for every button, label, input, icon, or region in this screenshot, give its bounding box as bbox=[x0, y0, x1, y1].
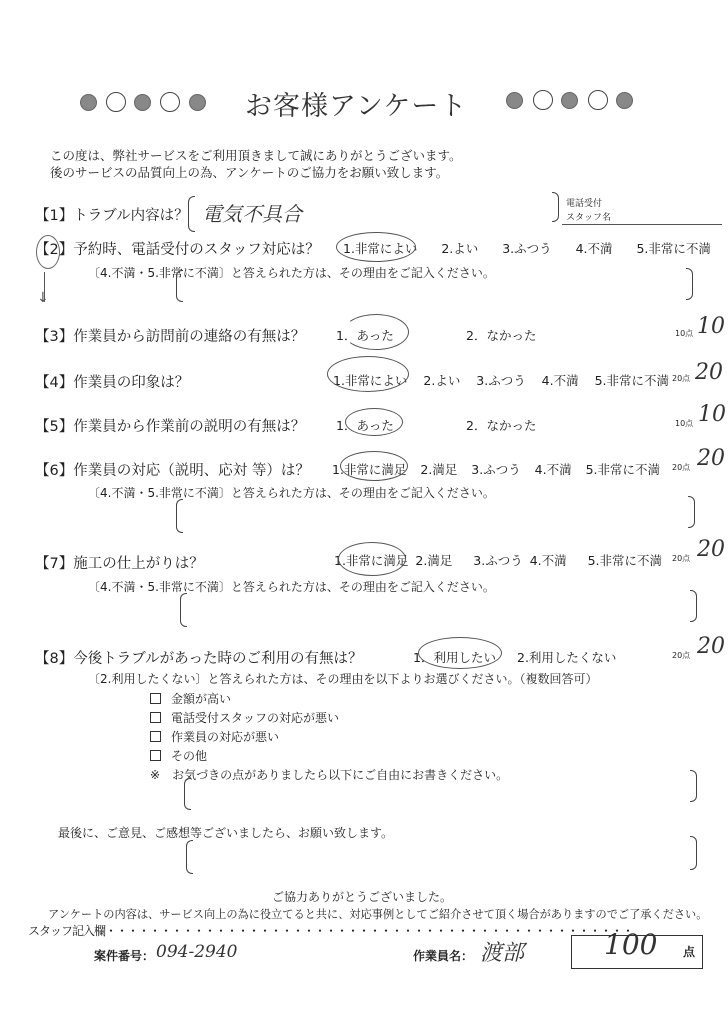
bracket bbox=[184, 778, 191, 810]
phone-staff-label-1: 電話受付 bbox=[566, 196, 602, 209]
notice-text: アンケートの内容は、サービス向上の為に役立てると共に、対応事例としてご紹介させて… bbox=[48, 906, 707, 922]
score-q7[interactable]: 20 bbox=[697, 537, 725, 562]
question-text: 作業員から訪問前の連絡の有無は？ bbox=[73, 329, 305, 345]
bracket bbox=[690, 770, 697, 802]
checkbox-expensive[interactable]: 金額が高い bbox=[150, 690, 231, 707]
checkbox-other[interactable]: その他 bbox=[150, 747, 207, 764]
bracket bbox=[686, 268, 693, 300]
option-2[interactable]: 2.満足 bbox=[420, 462, 457, 477]
option-2[interactable]: 2.よい bbox=[423, 373, 460, 388]
option-2[interactable]: 2.よい bbox=[441, 241, 478, 256]
bracket bbox=[176, 499, 183, 533]
q8-option-2[interactable]: 2.利用したくない bbox=[517, 648, 616, 666]
checkbox-icon[interactable] bbox=[150, 731, 161, 742]
checkbox-icon[interactable] bbox=[150, 693, 161, 704]
option-5[interactable]: 5.非常に不満 bbox=[636, 241, 710, 256]
question-number: 【5】 bbox=[35, 419, 73, 435]
option-4[interactable]: 4.不満 bbox=[530, 553, 567, 568]
question-text: 作業員から作業前の説明の有無は？ bbox=[73, 419, 305, 435]
bracket bbox=[688, 496, 695, 528]
score-q8[interactable]: 20 bbox=[697, 634, 725, 659]
option-5[interactable]: 5.非常に不満 bbox=[595, 373, 669, 388]
score-q3[interactable]: 10 bbox=[697, 314, 725, 339]
option-3[interactable]: 3.ふつう bbox=[476, 373, 525, 388]
q7-reason-field[interactable] bbox=[190, 594, 685, 622]
bracket bbox=[188, 196, 195, 232]
dot-open bbox=[533, 90, 553, 110]
staff-section-label: スタッフ記入欄・・・・・・・・・・・・・・・・・・・・・・・・・・・・・・・・・… bbox=[28, 922, 633, 939]
question-text: 今後トラブルがあった時のご利用の有無は？ bbox=[73, 651, 362, 667]
dot-filled bbox=[134, 94, 151, 111]
checkbox-label: 電話受付スタッフの対応が悪い bbox=[171, 711, 339, 725]
checkbox-label: 金額が高い bbox=[171, 692, 231, 706]
checkbox-label: 作業員の対応が悪い bbox=[171, 730, 279, 744]
phone-staff-label-2: スタッフ名 bbox=[566, 210, 611, 223]
question-number: 【6】 bbox=[35, 463, 73, 479]
q6-reason-field[interactable] bbox=[186, 500, 681, 528]
bracket bbox=[690, 836, 697, 870]
total-score-value[interactable]: 100 bbox=[604, 928, 657, 961]
question-4: 【4】作業員の印象は？ bbox=[35, 371, 189, 392]
phone-staff-name-field[interactable] bbox=[562, 224, 722, 225]
selection-circle bbox=[340, 451, 408, 481]
question-text: 予約時、電話受付のスタッフ対応は？ bbox=[73, 242, 320, 258]
selection-circle bbox=[327, 356, 409, 392]
bracket bbox=[176, 270, 183, 302]
intro-line-1: この度は、弊社サービスをご利用頂きまして誠にありがとうございます。 bbox=[50, 146, 462, 164]
worker-name-label: 作業員名： bbox=[413, 947, 473, 964]
dot-filled bbox=[506, 92, 523, 109]
selection-circle bbox=[345, 408, 403, 436]
question-5: 【5】作業員から作業前の説明の有無は？ bbox=[35, 415, 305, 436]
question-text: 施工の仕上がりは？ bbox=[73, 556, 204, 572]
q6-reason-prompt: 〔4.不満・5.非常に不満〕と答えられた方は、その理由をご記入ください。 bbox=[88, 484, 495, 501]
dot-filled bbox=[616, 92, 633, 109]
dot-open bbox=[106, 92, 126, 112]
case-number-value[interactable]: 094-2940 bbox=[156, 942, 237, 962]
intro-line-2: 後のサービスの品質向上の為、アンケートのご協力をお願い致します。 bbox=[50, 163, 448, 181]
question-7: 【7】施工の仕上がりは？ bbox=[35, 552, 204, 573]
checkbox-icon[interactable] bbox=[150, 712, 161, 723]
max-points: 20点 bbox=[672, 650, 690, 661]
final-comment-field[interactable] bbox=[196, 840, 686, 870]
selection-circle bbox=[338, 542, 406, 576]
question-text: トラブル内容は？ bbox=[73, 208, 188, 224]
bracket bbox=[180, 593, 187, 627]
points-unit: 点 bbox=[683, 943, 695, 960]
bracket bbox=[186, 840, 193, 874]
question-3: 【3】作業員から訪問前の連絡の有無は？ bbox=[35, 325, 305, 346]
worker-name-value[interactable]: 渡部 bbox=[480, 936, 524, 967]
option-3[interactable]: 3.ふつう bbox=[471, 462, 520, 477]
selection-circle bbox=[336, 232, 416, 262]
checkbox-label: その他 bbox=[171, 749, 207, 763]
page-title: お客様アンケート bbox=[245, 84, 467, 123]
q5-option-2[interactable]: 2．なかった bbox=[466, 416, 536, 434]
question-2: 【2】予約時、電話受付のスタッフ対応は？ bbox=[35, 238, 320, 259]
dot-filled bbox=[189, 94, 206, 111]
q2-reason-field[interactable] bbox=[186, 272, 681, 298]
max-points: 10点 bbox=[675, 328, 693, 339]
score-q5[interactable]: 10 bbox=[698, 402, 726, 427]
q3-option-2[interactable]: 2．なかった bbox=[466, 326, 536, 344]
final-comment-prompt: 最後に、ご意見、ご感想等ございましたら、お願い致します。 bbox=[58, 824, 393, 841]
question-text: 作業員の対応（説明、応対 等）は？ bbox=[73, 463, 310, 479]
question-number: 【2】 bbox=[35, 242, 73, 258]
q8-free-comment-field[interactable] bbox=[194, 778, 684, 806]
case-number-label: 案件番号： bbox=[94, 947, 154, 964]
option-3[interactable]: 3.ふつう bbox=[502, 241, 551, 256]
bracket bbox=[552, 192, 559, 222]
hand-arrow-icon: ↓ bbox=[37, 290, 49, 306]
question-number: 【4】 bbox=[35, 375, 73, 391]
checkbox-phone-staff[interactable]: 電話受付スタッフの対応が悪い bbox=[150, 709, 339, 726]
question-1: 【1】トラブル内容は？ bbox=[35, 204, 189, 225]
question-number: 【8】 bbox=[35, 651, 73, 667]
question-number: 【3】 bbox=[35, 329, 73, 345]
question-text: 作業員の印象は？ bbox=[73, 375, 189, 391]
thanks-text: ご協力ありがとうございました。 bbox=[272, 888, 452, 905]
bracket bbox=[690, 590, 697, 622]
selection-circle bbox=[343, 314, 409, 350]
option-5[interactable]: 5.非常に不満 bbox=[588, 553, 662, 568]
option-4[interactable]: 4.不満 bbox=[535, 462, 572, 477]
option-4[interactable]: 4.不満 bbox=[576, 241, 613, 256]
max-points: 20点 bbox=[672, 373, 690, 384]
question-8: 【8】今後トラブルがあった時のご利用の有無は？ bbox=[35, 647, 363, 668]
checkbox-icon[interactable] bbox=[150, 750, 161, 761]
option-4[interactable]: 4.不満 bbox=[542, 373, 579, 388]
q8-sub-prompt: 〔2.利用したくない〕と答えられた方は、その理由を以下よりお選びください。（複数… bbox=[88, 670, 597, 687]
option-3[interactable]: 3.ふつう bbox=[473, 553, 522, 568]
max-points: 10点 bbox=[675, 418, 693, 429]
selection-circle bbox=[418, 637, 502, 669]
option-5[interactable]: 5.非常に不満 bbox=[586, 462, 660, 477]
score-q6[interactable]: 20 bbox=[697, 446, 725, 471]
answer-trouble-content[interactable]: 電気不具合 bbox=[202, 198, 302, 227]
score-q4[interactable]: 20 bbox=[695, 360, 723, 385]
question-number: 【7】 bbox=[35, 556, 73, 572]
dot-filled bbox=[80, 94, 97, 111]
dot-filled bbox=[561, 92, 578, 109]
dot-open bbox=[160, 92, 180, 112]
dot-open bbox=[588, 90, 608, 110]
max-points: 20点 bbox=[672, 553, 690, 564]
q7-reason-prompt: 〔4.不満・5.非常に不満〕と答えられた方は、その理由をご記入ください。 bbox=[88, 578, 495, 595]
question-6: 【6】作業員の対応（説明、応対 等）は？ bbox=[35, 459, 310, 480]
option-2[interactable]: 2.満足 bbox=[415, 553, 452, 568]
checkbox-worker[interactable]: 作業員の対応が悪い bbox=[150, 728, 279, 745]
question-number: 【1】 bbox=[35, 208, 73, 224]
note-mark-icon: ※ bbox=[150, 768, 160, 782]
max-points: 20点 bbox=[672, 462, 690, 473]
